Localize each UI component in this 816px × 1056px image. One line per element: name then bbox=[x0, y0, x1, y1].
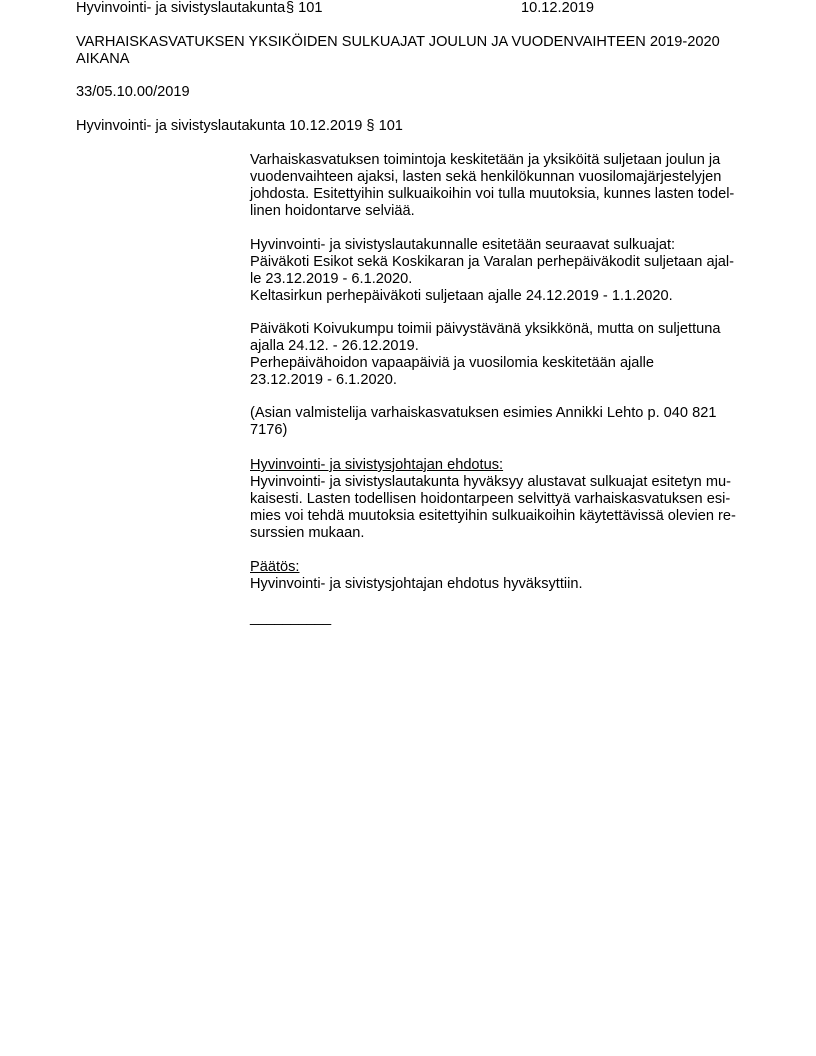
intro-section: Varhaiskasvatuksen toimintoja keskitetää… bbox=[250, 152, 750, 220]
preparer-paragraph: (Asian valmistelija varhaiskasvatuksen e… bbox=[250, 405, 750, 439]
decision-heading: Päätös: bbox=[250, 559, 750, 576]
end-divider: __________ bbox=[250, 610, 750, 627]
duty-unit-section: Päiväkoti Koivukumpu toimii päivystävänä… bbox=[250, 321, 750, 389]
duty-unit-paragraph: Päiväkoti Koivukumpu toimii päivystävänä… bbox=[250, 321, 750, 389]
preparer-section: (Asian valmistelija varhaiskasvatuksen e… bbox=[250, 405, 750, 439]
closures-section: Hyvinvointi- ja sivistyslautakunnalle es… bbox=[250, 237, 750, 305]
end-line: __________ bbox=[250, 610, 750, 627]
intro-paragraph: Varhaiskasvatuksen toimintoja keskitetää… bbox=[250, 152, 750, 220]
proposal-heading: Hyvinvointi- ja sivistysjohtajan ehdotus… bbox=[250, 457, 750, 474]
meeting-line: Hyvinvointi- ja sivistyslautakunta 10.12… bbox=[76, 118, 403, 135]
proposal-section: Hyvinvointi- ja sivistysjohtajan ehdotus… bbox=[250, 457, 750, 542]
header-paragraph: § 101 bbox=[286, 0, 323, 17]
decision-section: Päätös: Hyvinvointi- ja sivistysjohtajan… bbox=[250, 559, 750, 593]
header-organ: Hyvinvointi- ja sivistyslautakunta bbox=[76, 0, 285, 17]
document-title: VARHAISKASVATUKSEN YKSIKÖIDEN SULKUAJAT … bbox=[76, 34, 756, 68]
header-date: 10.12.2019 bbox=[521, 0, 594, 17]
decision-text: Hyvinvointi- ja sivistysjohtajan ehdotus… bbox=[250, 576, 750, 593]
proposal-text: Hyvinvointi- ja sivistyslautakunta hyväk… bbox=[250, 474, 750, 542]
closures-paragraph: Hyvinvointi- ja sivistyslautakunnalle es… bbox=[250, 237, 750, 305]
diary-number: 33/05.10.00/2019 bbox=[76, 84, 190, 101]
